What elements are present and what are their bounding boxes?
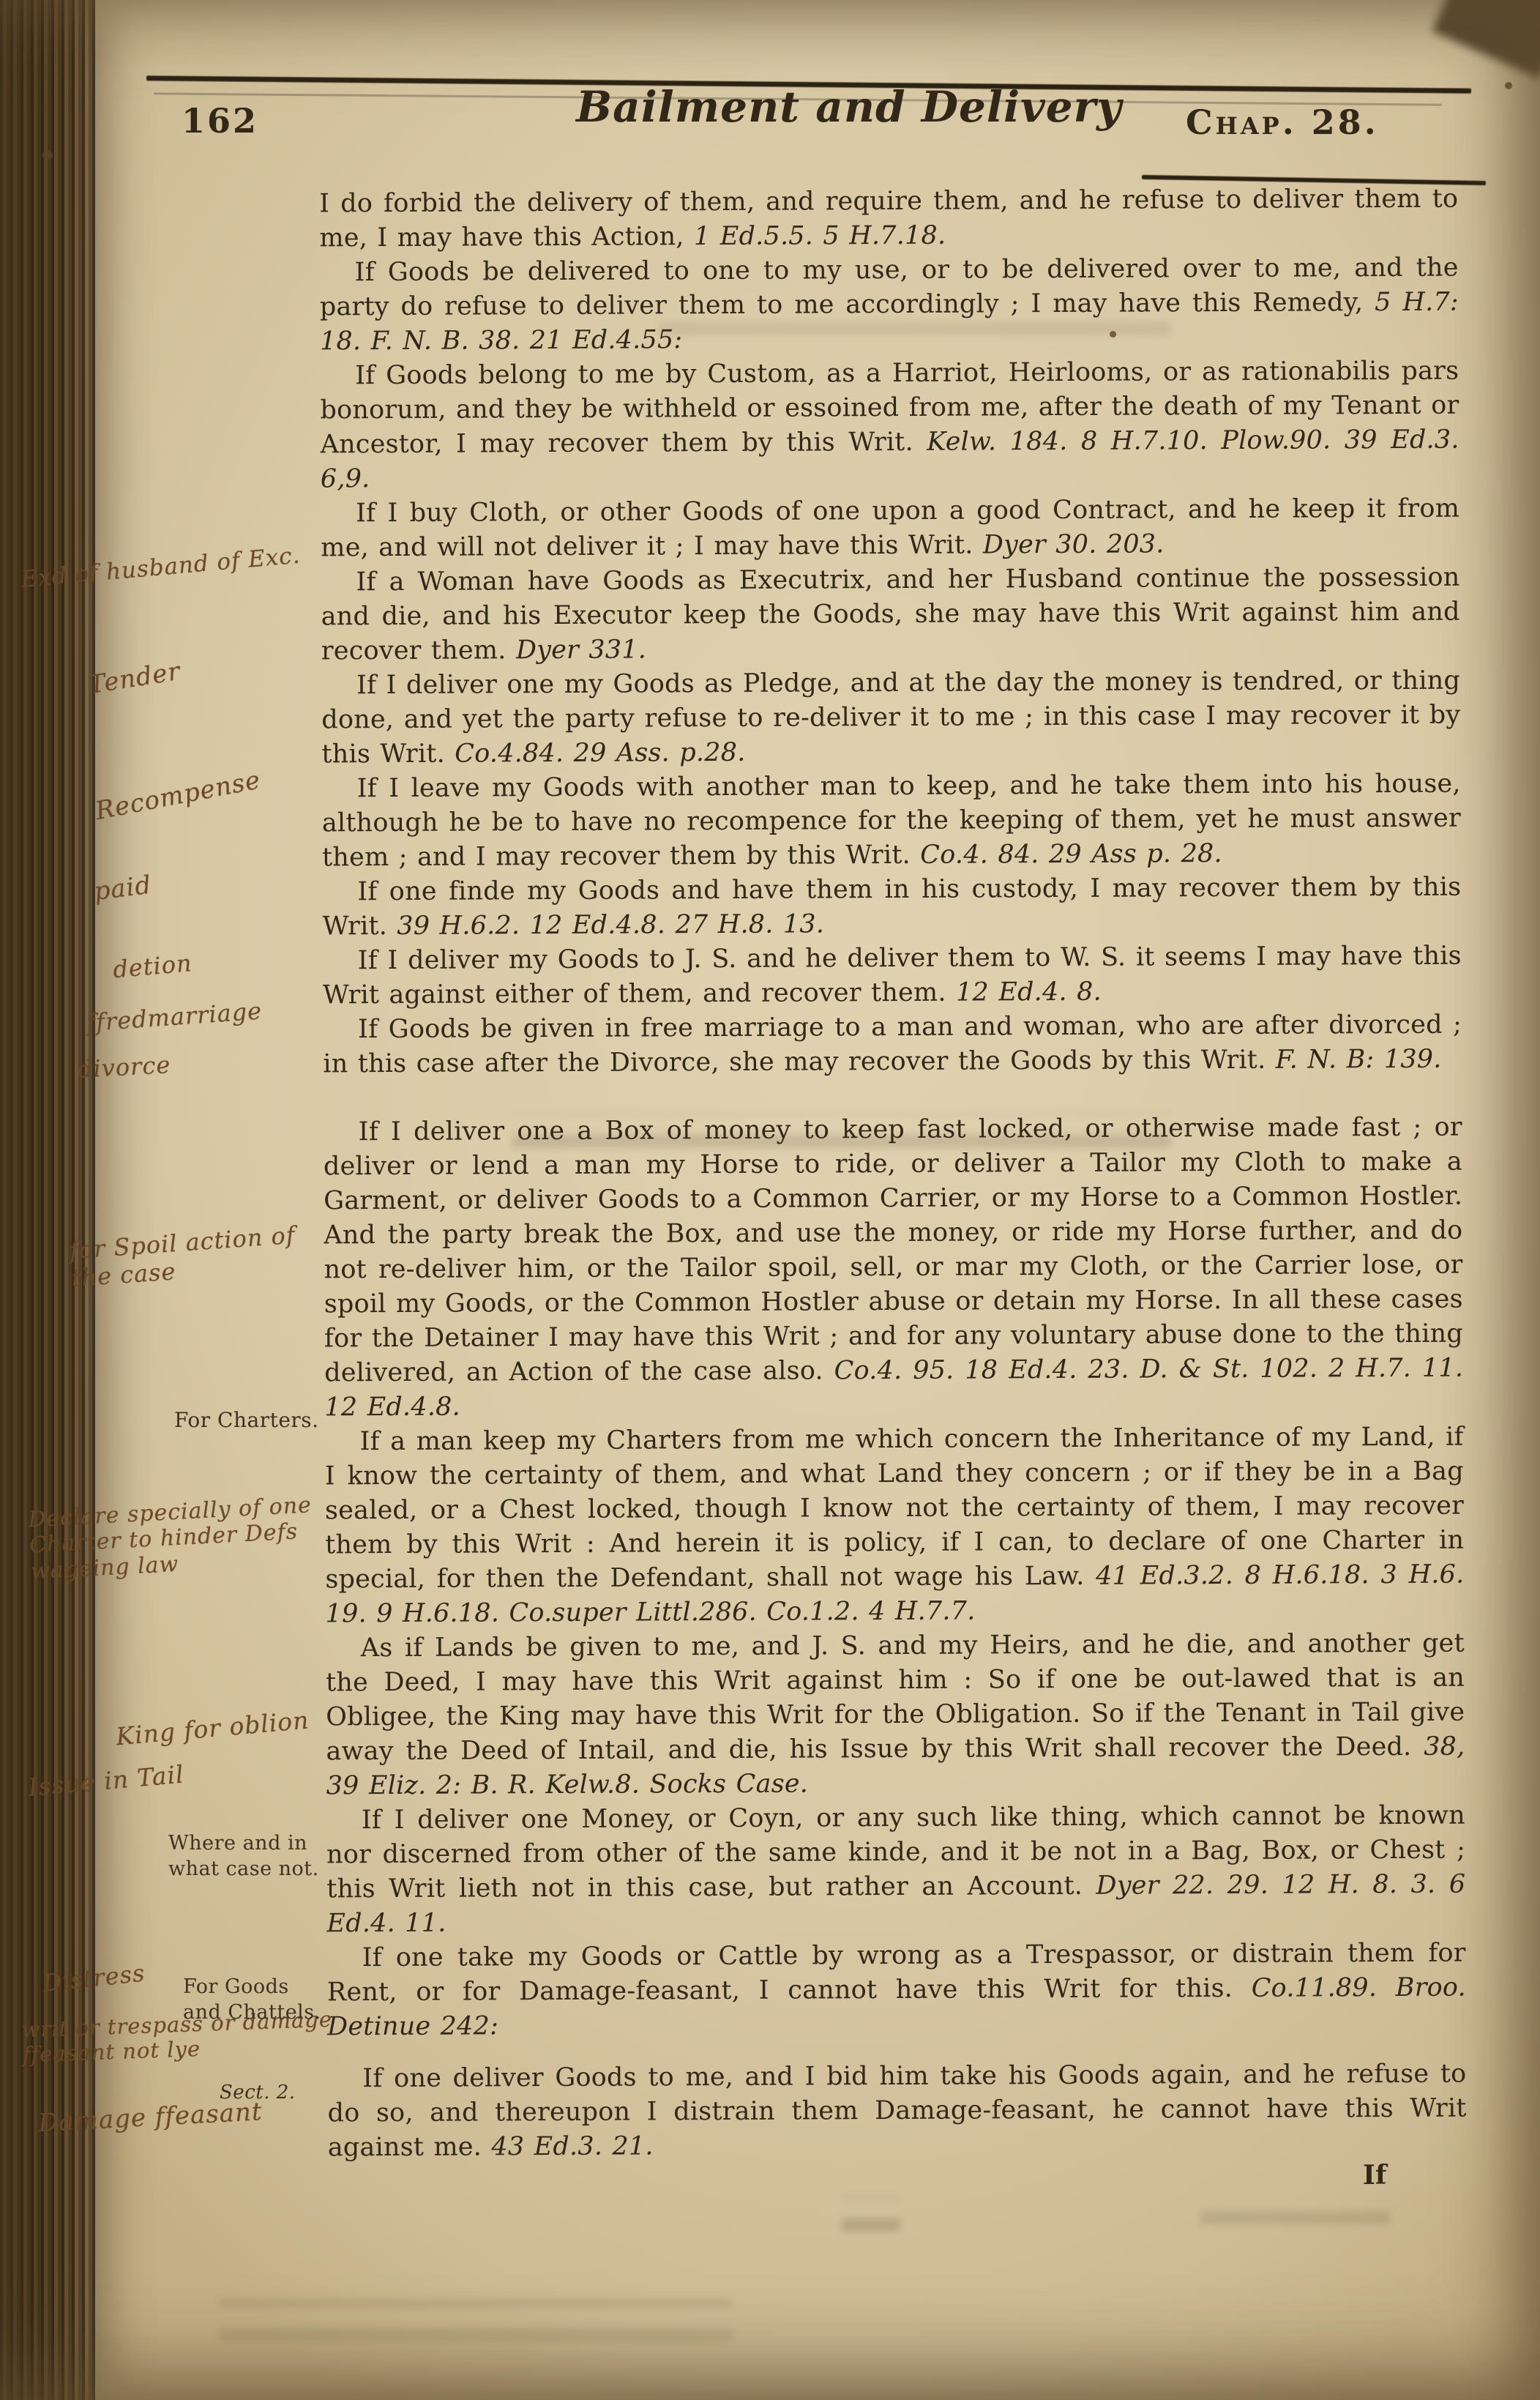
paragraph-text: If I leave my Goods with another man to … <box>322 769 1461 873</box>
paragraph: If I deliver one Money, or Coyn, or any … <box>326 1799 1466 1942</box>
paragraph-text: If I deliver my Goods to J. S. and he de… <box>323 942 1462 1010</box>
citation: 39 H.6.2. 12 Ed.4.8. 27 H.8. 13. <box>397 909 824 941</box>
page-number: 162 <box>182 101 258 141</box>
body-text-column: I do forbid the delivery of them, and re… <box>319 182 1467 2166</box>
citation: Dyer 331. <box>516 635 646 665</box>
book-page-scan: 162 Bailment and Delivery Chap. 28. I do… <box>0 0 1540 2400</box>
margin-note-handwritten: for Spoil action of the case <box>69 1220 328 1293</box>
paragraph: If I buy Cloth, or other Goods of one up… <box>321 492 1459 566</box>
citation: Co.4. 84. 29 Ass p. 28. <box>920 839 1222 870</box>
paragraph: If Goods be given in free marriage to a … <box>323 1008 1462 1082</box>
paragraph-text: If I deliver one a Box of money to keep … <box>324 1113 1463 1388</box>
ink-speck <box>1505 82 1512 89</box>
bleedthrough-smudge <box>842 2196 900 2240</box>
paragraph-text: As if Lands be given to me, and J. S. an… <box>326 1629 1465 1767</box>
paragraph-text: If I buy Cloth, or other Goods of one up… <box>321 494 1459 563</box>
citation: 12 Ed.4. 8. <box>956 977 1102 1007</box>
paragraph: If Goods belong to me by Custom, as a Ha… <box>320 354 1459 497</box>
margin-note-handwritten: Recompense <box>93 753 329 826</box>
margin-note-handwritten: Tender <box>86 641 279 700</box>
citation: Co.4.84. 29 Ass. p.28. <box>455 738 745 769</box>
paragraph: If a Woman have Goods as Executrix, and … <box>321 561 1460 669</box>
paragraph: If I deliver one my Goods as Pledge, and… <box>321 664 1461 772</box>
margin-note-printed: Where and in what case not. <box>168 1830 321 1882</box>
paragraph-text: If a Woman have Goods as Executrix, and … <box>321 563 1460 666</box>
running-title: Bailment and Delivery <box>498 82 1200 132</box>
citation: F. N. B: 139. <box>1276 1045 1442 1075</box>
bleedthrough-smudge <box>220 2299 732 2350</box>
paragraph: If I deliver one a Box of money to keep … <box>324 1111 1464 1426</box>
paragraph: If a man keep my Charters from me which … <box>324 1420 1464 1632</box>
paragraph-text: If Goods be delivered to one to my use, … <box>320 253 1459 322</box>
margin-note-handwritten: divorce <box>77 1046 269 1084</box>
margin-note-handwritten: ffredmarriage <box>86 994 321 1037</box>
citation: 43 Ed.3. 21. <box>491 2131 654 2161</box>
paragraph: If Goods be delivered to one to my use, … <box>320 251 1459 359</box>
catchword: If <box>1363 2160 1386 2191</box>
paragraph: As if Lands be given to me, and J. S. an… <box>326 1627 1465 1804</box>
margin-note-handwritten: detion <box>112 942 289 985</box>
paragraph: If one deliver Goods to me, and I bid hi… <box>327 2057 1467 2166</box>
citation: 1 Ed.5.5. 5 H.7.18. <box>694 221 946 252</box>
margin-note-printed: For Goods and Chattels. <box>183 1974 326 2025</box>
paragraph: If I deliver my Goods to J. S. and he de… <box>323 939 1462 1013</box>
margin-note-handwritten: paid <box>92 860 241 906</box>
margin-note-printed: For Charters. <box>174 1407 321 1434</box>
paragraph: If one finde my Goods and have them in h… <box>322 871 1461 944</box>
chapter-heading: Chap. 28. <box>1186 103 1379 142</box>
ink-speck <box>42 151 53 160</box>
citation: Dyer 30. 203. <box>983 529 1165 559</box>
bleedthrough-smudge <box>1200 2196 1391 2233</box>
scan-corner-shadow <box>1432 0 1540 78</box>
paragraph: I do forbid the delivery of them, and re… <box>319 182 1458 256</box>
paragraph: If I leave my Goods with another man to … <box>322 767 1462 876</box>
paragraph: If one take my Goods or Cattle by wrong … <box>327 1937 1467 2045</box>
ink-speck <box>1110 331 1116 338</box>
margin-note-handwritten: Declare specially of one Charter to hind… <box>27 1492 324 1585</box>
margin-note-handwritten: King for oblion <box>115 1704 343 1752</box>
